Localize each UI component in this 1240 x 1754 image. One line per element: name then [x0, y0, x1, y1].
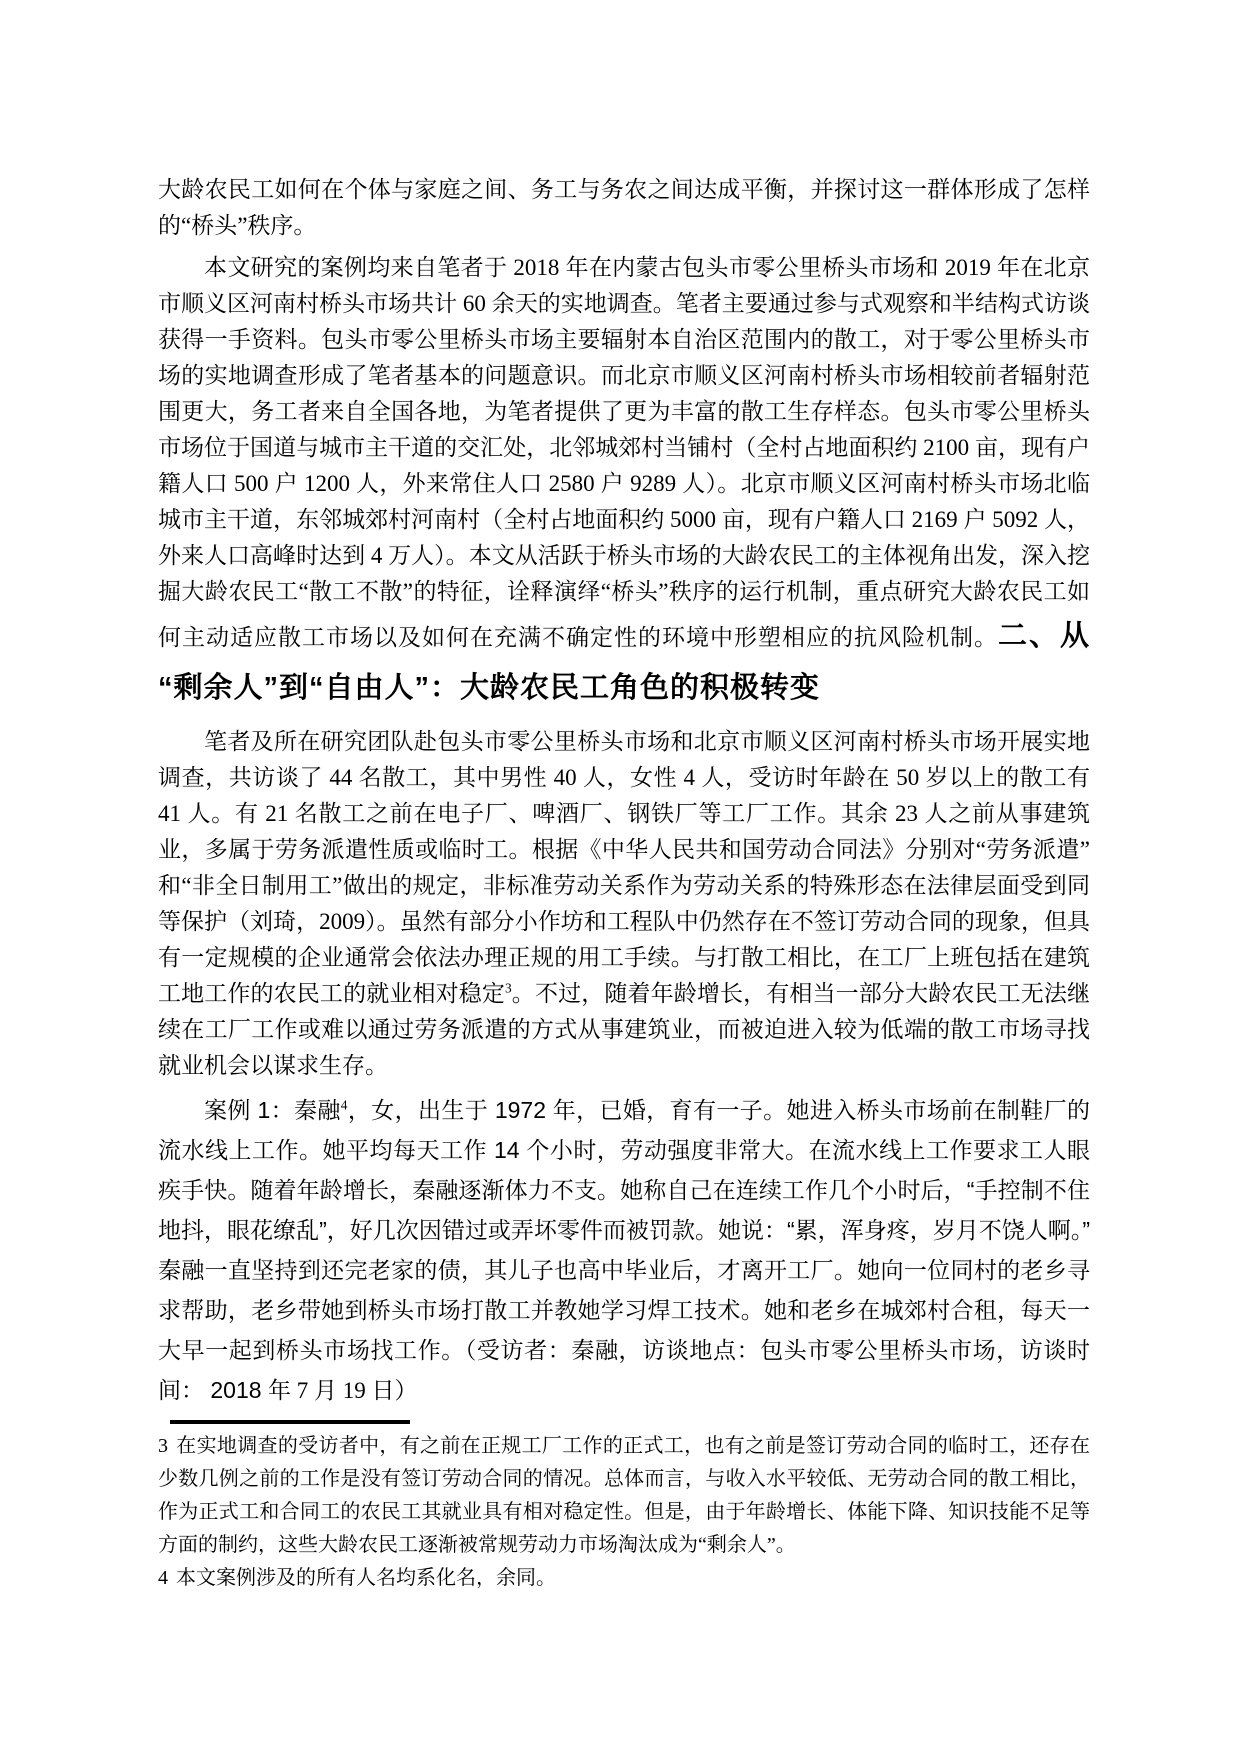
paragraph-interviews-text-1: 笔者及所在研究团队赴包头市零公里桥头市场和北京市顺义区河南村桥头市场开展实地调查…: [158, 729, 1090, 1006]
paragraph-fieldwork: 本文研究的案例均来自笔者于 2018 年在内蒙古包头市零公里桥头市场和 2019…: [158, 250, 1090, 714]
footnote-number: 3: [158, 1435, 168, 1457]
footnote-ref-3: 3: [505, 980, 512, 995]
case-study-text-2: ，女，出生于 1972 年，已婚，育有一子。她进入桥头市场前在制鞋厂的流水线上工…: [158, 1097, 1090, 1403]
footnote-number: 4: [158, 1567, 168, 1589]
paragraph-case-study: 案例 1：秦融4，女，出生于 1972 年，已婚，育有一子。她进入桥头市场前在制…: [158, 1090, 1090, 1411]
footnote-text: 在实地调查的受访者中，有之前在正规工厂工作的正式工，也有之前是签订劳动合同的临时…: [158, 1435, 1090, 1556]
case-study-text-1: 案例 1：秦融: [204, 1097, 341, 1123]
paragraph-interviews: 笔者及所在研究团队赴包头市零公里桥头市场和北京市顺义区河南村桥头市场开展实地调查…: [158, 724, 1090, 1084]
document-page: 大龄农民工如何在个体与家庭之间、务工与务农之间达成平衡，并探讨这一群体形成了怎样…: [0, 0, 1240, 1754]
footnote-item: 3在实地调查的受访者中，有之前在正规工厂工作的正式工，也有之前是签订劳动合同的临…: [158, 1430, 1090, 1562]
footnotes-section: 3在实地调查的受访者中，有之前在正规工厂工作的正式工，也有之前是签订劳动合同的临…: [158, 1430, 1090, 1595]
paragraph-fieldwork-text: 本文研究的案例均来自笔者于 2018 年在内蒙古包头市零公里桥头市场和 2019…: [158, 255, 1090, 650]
footnote-item: 4本文案例涉及的所有人名均系化名，余同。: [158, 1562, 1090, 1595]
case-study-date: 年 7 月 19 日）: [268, 1378, 418, 1403]
paragraph-opening: 大龄农民工如何在个体与家庭之间、务工与务农之间达成平衡，并探讨这一群体形成了怎样…: [158, 172, 1090, 244]
footnote-separator: [170, 1420, 410, 1424]
footnote-text: 本文案例涉及的所有人名均系化名，余同。: [176, 1567, 556, 1589]
